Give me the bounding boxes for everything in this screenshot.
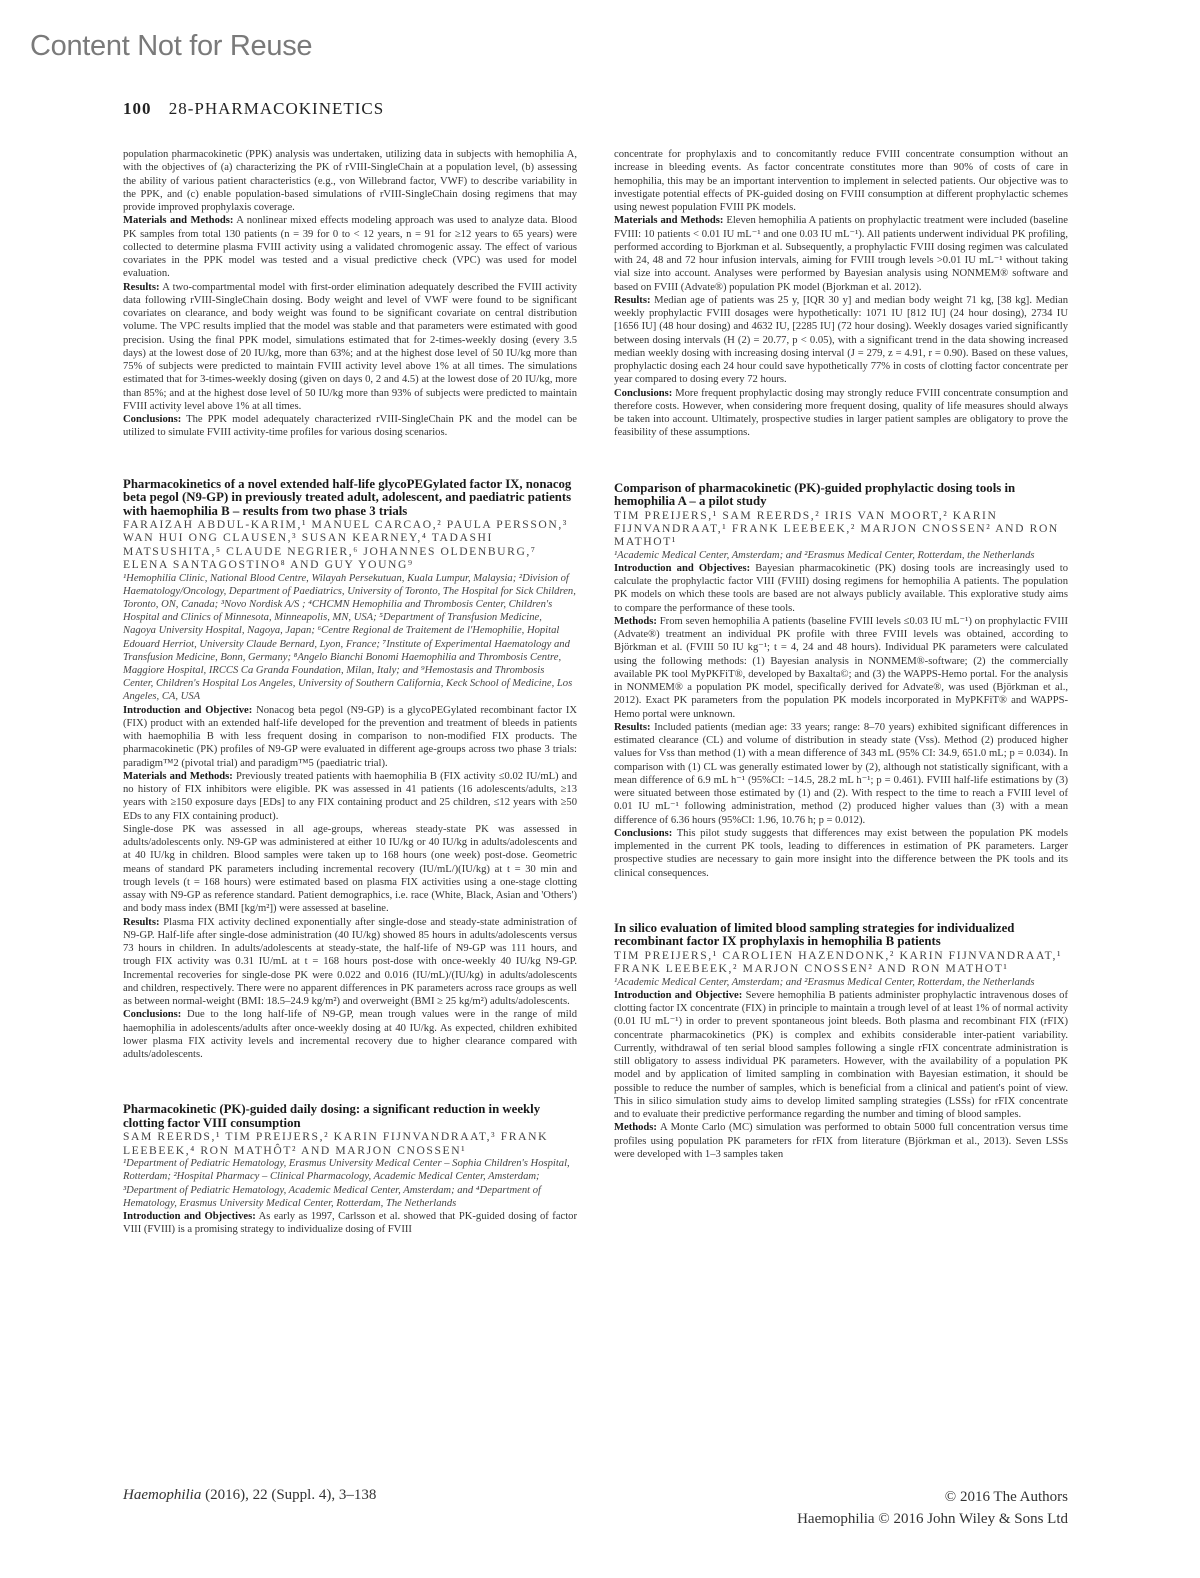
footer-citation: Haemophilia (2016), 22 (Suppl. 4), 3–138 <box>123 1487 376 1504</box>
results-label: Results: <box>123 917 160 928</box>
abstract-n9gp: Pharmacokinetics of a novel extended hal… <box>123 478 577 1062</box>
results-label: Results: <box>614 722 651 733</box>
footer-copyright: © 2016 The Authors Haemophilia © 2016 Jo… <box>797 1486 1068 1530</box>
intro-section: Introduction and Objectives: Bayesian ph… <box>614 562 1068 615</box>
abstract-affiliations: ¹Academic Medical Center, Amsterdam; and… <box>614 549 1068 562</box>
results-section: Results: Included patients (median age: … <box>614 721 1068 827</box>
conclusions-section: Conclusions: The PPK model adequately ch… <box>123 413 577 440</box>
methods-section: Materials and Methods: A nonlinear mixed… <box>123 214 577 280</box>
methods-text: From seven hemophilia A patients (baseli… <box>614 616 1068 720</box>
methods-text: Eleven hemophilia A patients on prophyla… <box>614 215 1068 292</box>
abstract-continued-rviii: population pharmacokinetic (PPK) analysi… <box>123 148 577 440</box>
abstract-title: Comparison of pharmacokinetic (PK)-guide… <box>614 482 1068 509</box>
results-section: Results: Median age of patients was 25 y… <box>614 294 1068 387</box>
section-title: 28-PHARMACOKINETICS <box>169 99 384 118</box>
abstract-authors: TIM PREIJERS,¹ CAROLIEN HAZENDONK,² KARI… <box>614 949 1068 976</box>
intro-label: Introduction and Objectives: <box>614 563 750 574</box>
conclusions-label: Conclusions: <box>614 828 672 839</box>
methods-section: Methods: A Monte Carlo (MC) simulation w… <box>614 1121 1068 1161</box>
citation-details: (2016), 22 (Suppl. 4), 3–138 <box>201 1487 376 1503</box>
methods-label: Materials and Methods: <box>123 771 233 782</box>
conclusions-text: Due to the long half-life of N9-GP, mean… <box>123 1009 577 1060</box>
methods-label: Methods: <box>614 616 657 627</box>
intro-text: Severe hemophilia B patients administer … <box>614 990 1068 1120</box>
left-column: population pharmacokinetic (PPK) analysi… <box>123 148 577 1237</box>
running-head: 100 28-PHARMACOKINETICS <box>123 99 384 119</box>
results-section: Results: A two-compartmental model with … <box>123 281 577 414</box>
abstract-affiliations: ¹Hemophilia Clinic, National Blood Centr… <box>123 572 577 704</box>
intro-label: Introduction and Objectives: <box>123 1211 256 1222</box>
results-text: Included patients (median age: 33 years;… <box>614 722 1068 826</box>
methods-section: Materials and Methods: Eleven hemophilia… <box>614 214 1068 294</box>
methods-paragraph-2: Single-dose PK was assessed in all age-g… <box>123 823 577 916</box>
intro-section: Introduction and Objective: Severe hemop… <box>614 989 1068 1122</box>
intro-section: Introduction and Objective: Nonacog beta… <box>123 704 577 770</box>
watermark: Content Not for Reuse <box>30 30 312 63</box>
abstract-daily-dosing: Pharmacokinetic (PK)-guided daily dosing… <box>123 1103 577 1236</box>
methods-label: Materials and Methods: <box>614 215 723 226</box>
copyright-authors: © 2016 The Authors <box>797 1486 1068 1508</box>
methods-section: Methods: From seven hemophilia A patient… <box>614 615 1068 721</box>
abstract-authors: SAM REERDS,¹ TIM PREIJERS,² KARIN FIJNVA… <box>123 1130 577 1157</box>
methods-label: Methods: <box>614 1122 657 1133</box>
intro-section: Introduction and Objectives: As early as… <box>123 1210 577 1237</box>
results-section: Results: Plasma FIX activity declined ex… <box>123 916 577 1009</box>
conclusions-section: Conclusions: This pilot study suggests t… <box>614 827 1068 880</box>
methods-section: Materials and Methods: Previously treate… <box>123 770 577 823</box>
journal-name: Haemophilia <box>123 1487 201 1503</box>
abstract-affiliations: ¹Academic Medical Center, Amsterdam; and… <box>614 976 1068 989</box>
results-text: Median age of patients was 25 y, [IQR 30… <box>614 295 1068 386</box>
right-column: concentrate for prophylaxis and to conco… <box>614 148 1068 1161</box>
abstract-authors: TIM PREIJERS,¹ SAM REERDS,² IRIS VAN MOO… <box>614 509 1068 549</box>
results-label: Results: <box>614 295 651 306</box>
conclusions-section: Conclusions: More frequent prophylactic … <box>614 387 1068 440</box>
results-text: A two-compartmental model with first-ord… <box>123 282 577 412</box>
page-number: 100 <box>123 99 152 118</box>
intro-label: Introduction and Objective: <box>123 705 252 716</box>
abstract-title: In silico evaluation of limited blood sa… <box>614 922 1068 949</box>
intro-label: Introduction and Objective: <box>614 990 742 1001</box>
intro-continued: population pharmacokinetic (PPK) analysi… <box>123 148 577 214</box>
abstract-tools-comparison: Comparison of pharmacokinetic (PK)-guide… <box>614 482 1068 880</box>
conclusions-label: Conclusions: <box>123 1009 181 1020</box>
conclusions-text: The PPK model adequately characterized r… <box>123 414 577 438</box>
conclusions-text: This pilot study suggests that differenc… <box>614 828 1068 879</box>
conclusions-label: Conclusions: <box>614 388 672 399</box>
results-text: Plasma FIX activity declined exponential… <box>123 917 577 1008</box>
results-label: Results: <box>123 282 160 293</box>
intro-continued: concentrate for prophylaxis and to conco… <box>614 148 1068 214</box>
abstract-daily-dosing-continued: concentrate for prophylaxis and to conco… <box>614 148 1068 440</box>
abstract-authors: FARAIZAH ABDUL-KARIM,¹ MANUEL CARCAO,² P… <box>123 518 577 572</box>
conclusions-text: More frequent prophylactic dosing may st… <box>614 388 1068 439</box>
copyright-publisher: Haemophilia © 2016 John Wiley & Sons Ltd <box>797 1508 1068 1530</box>
abstract-title: Pharmacokinetic (PK)-guided daily dosing… <box>123 1103 577 1130</box>
methods-label: Materials and Methods: <box>123 215 233 226</box>
methods-text: A Monte Carlo (MC) simulation was perfor… <box>614 1122 1068 1160</box>
conclusions-section: Conclusions: Due to the long half-life o… <box>123 1008 577 1061</box>
abstract-affiliations: ¹Department of Pediatric Hematology, Era… <box>123 1157 577 1210</box>
conclusions-label: Conclusions: <box>123 414 181 425</box>
abstract-in-silico: In silico evaluation of limited blood sa… <box>614 922 1068 1161</box>
abstract-title: Pharmacokinetics of a novel extended hal… <box>123 478 577 519</box>
